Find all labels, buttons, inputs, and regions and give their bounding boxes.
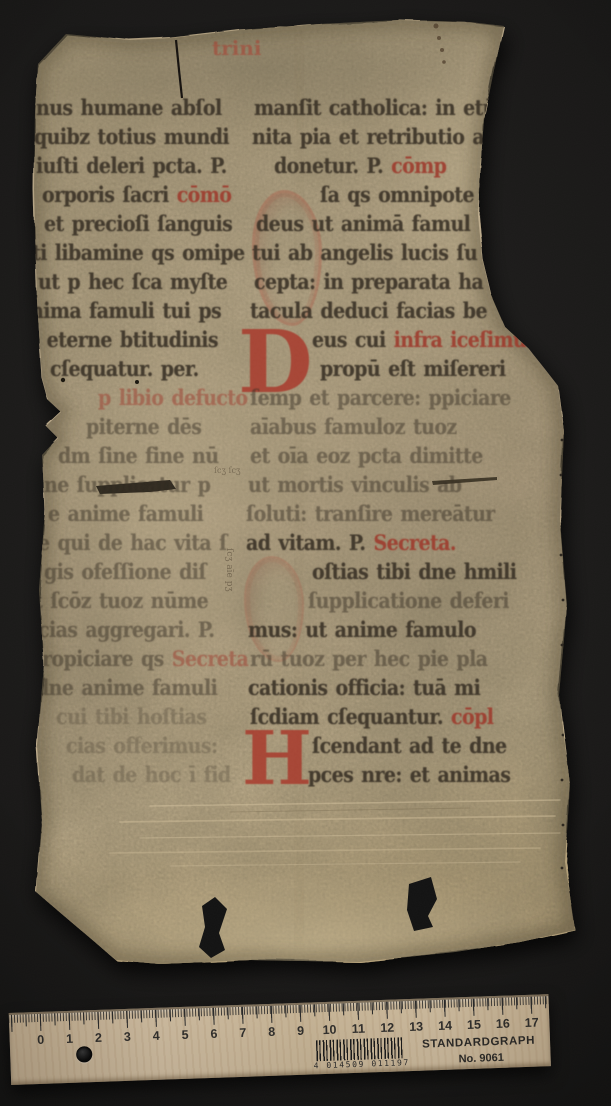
body-text: oſtias tibi dne hmili (312, 560, 516, 585)
body-text: i eterne btitudinis (32, 328, 218, 353)
text-line: et precioſi ſanguis (44, 212, 258, 244)
rubric-text: cōpl (451, 705, 493, 730)
body-text: ſoluti: tranſire mereātur (246, 502, 495, 527)
body-text: ut mortis vinculis ab (248, 473, 462, 498)
ruler-number: 13 (409, 1020, 423, 1034)
text-line: ſemp et parcere: ppiciare (250, 386, 558, 418)
body-text: e qui de hac vita ſ (38, 531, 227, 556)
marginal-note: ſcʒ ſcʒ (214, 466, 240, 475)
ruler-number: 4 (153, 1029, 160, 1043)
ruler-number: 12 (380, 1021, 394, 1035)
text-line: ut mortis vinculis ab (248, 473, 558, 505)
ruler-number: 0 (37, 1033, 44, 1047)
text-line: ne ſupplicatur p (44, 473, 258, 505)
body-text: cias aggregari. P. (38, 618, 214, 643)
text-column-left: nus humane abſolquibz totius mundiiuſti … (36, 96, 258, 792)
text-line: aīabus famuloz tuoz (250, 415, 558, 447)
text-line: ſcendant ad te dne (312, 734, 558, 766)
text-line: dat de hoc ī fid (72, 763, 258, 795)
running-title: trini (212, 36, 262, 60)
ruler-number: 11 (352, 1022, 366, 1036)
rubric-text: Secreta (172, 647, 248, 672)
body-text: et oīa eoz pcta dimitte (250, 444, 483, 469)
body-text: aīabus famuloz tuoz (250, 415, 457, 440)
body-text: ſcdiam cſequantur. (250, 705, 451, 730)
marginal-note: ſcʒ aīe pʒ (224, 548, 234, 592)
text-line: cias aggregari. P. (38, 618, 258, 650)
rubric-text: Secreta. (373, 531, 455, 556)
text-line: ropiciare qs Secreta (42, 647, 258, 679)
text-line: dne anime famuli (36, 676, 258, 708)
ruler-number: 16 (496, 1017, 510, 1031)
text-line: p libio defucto (98, 386, 258, 418)
text-line: ut p hec ſca myſte (38, 270, 258, 302)
body-text: cias offerimus: (66, 734, 217, 759)
text-line: i eterne btitudinis (32, 328, 258, 360)
rubric-text: cōmō (177, 183, 232, 208)
body-text: e anime famuli (48, 502, 203, 527)
body-text: ſcendant ad te dne (312, 734, 507, 759)
rubric-text: cōmp (391, 154, 446, 179)
ruler-number: 8 (268, 1025, 275, 1039)
text-line: cui tibi hoſtias (56, 705, 258, 737)
ruler-number: 17 (525, 1016, 539, 1030)
text-line: ſoluti: tranſire mereātur (246, 502, 558, 534)
text-line: nima famuli tui ps (30, 299, 258, 331)
text-line: cationis officia: tuā mi (248, 676, 558, 708)
ruler-number: 2 (95, 1031, 102, 1045)
body-text: ſa qs omnipote (320, 183, 474, 208)
photo-stage: trini D H nus humane abſolquibz totius m… (0, 0, 611, 1106)
body-text: eus cui (312, 328, 394, 353)
text-line: oſtias tibi dne hmili (312, 560, 558, 592)
body-text: donetur. P. (274, 154, 391, 179)
text-line: e anime famuli (48, 502, 258, 534)
rubric-text: infra iceſimū (394, 328, 527, 353)
ruler-number: 3 (124, 1030, 131, 1044)
body-text: iuſti deleri pcta. P. (36, 154, 227, 179)
body-text: nima famuli tui ps (30, 299, 221, 324)
text-line: et oīa eoz pcta dimitte (250, 444, 558, 476)
ruler-number: 14 (438, 1019, 452, 1033)
text-line: piterne dēs (86, 415, 258, 447)
body-text: cui tibi hoſtias (56, 705, 206, 730)
body-text: ropiciare qs (42, 647, 172, 672)
body-text: cepta: in preparata ha (254, 270, 483, 295)
ruler-number: 10 (322, 1023, 336, 1037)
ruler-number: 7 (239, 1026, 246, 1040)
body-text: manſit catholica: in etū (254, 96, 496, 121)
text-line: orporis ſacri cōmō (42, 183, 258, 215)
ruler-number: 9 (297, 1024, 304, 1038)
ruler-brand: STANDARDGRAPH (422, 1035, 535, 1051)
text-line: t ſcōz tuoz nūme (34, 589, 258, 621)
text-line: ti libamine qs omipe (32, 241, 258, 273)
body-text: ſemp et parcere: ppiciare (250, 386, 511, 411)
body-text: ad vitam. P. (246, 531, 373, 556)
text-line: ad vitam. P. Secreta. (246, 531, 558, 563)
body-text: pces nre: et animas (308, 763, 510, 788)
body-text: cationis officia: tuā mi (248, 676, 480, 701)
body-text: ut p hec ſca myſte (38, 270, 227, 295)
ruler-number: 1 (66, 1032, 73, 1046)
body-text: mus: ut anime famulo (248, 618, 476, 643)
body-text: dne anime famuli (36, 676, 217, 701)
body-text: piterne dēs (86, 415, 201, 440)
body-text: nus humane abſol (36, 96, 222, 121)
body-text: tui ab angelis lucis ſu (252, 241, 477, 266)
ruler-number: 6 (210, 1027, 217, 1041)
body-text: et precioſi ſanguis (44, 212, 232, 237)
text-line: rū tuoz per hec pie pla (250, 647, 558, 679)
text-line: nus humane abſol (36, 96, 258, 128)
rubric-text: p libio defucto (98, 386, 248, 411)
body-text: gis ofeſſione diſ (44, 560, 206, 585)
text-line: cſequatur. per. (50, 357, 258, 389)
text-line: cias offerimus: (66, 734, 258, 766)
body-text: tacula deduci facias be (250, 299, 487, 324)
body-text: orporis ſacri (42, 183, 177, 208)
body-text: quibz totius mundi (34, 125, 229, 150)
body-text: ti libamine qs omipe (32, 241, 244, 266)
body-text: propū eſt miſereri (320, 357, 505, 382)
text-line: mus: ut anime famulo (248, 618, 558, 650)
body-text: deus ut animā famul (256, 212, 470, 237)
ruler-hanging-hole (76, 1046, 93, 1063)
body-text: t ſcōz tuoz nūme (34, 589, 208, 614)
body-text: rū tuoz per hec pie pla (250, 647, 487, 672)
body-text: ne ſupplicatur p (44, 473, 210, 498)
text-line: iuſti deleri pcta. P. (36, 154, 258, 186)
text-line: propū eſt miſereri (320, 357, 558, 389)
text-line: pces nre: et animas (308, 763, 558, 795)
text-line: quibz totius mundi (34, 125, 258, 157)
ruler-number: 15 (467, 1018, 481, 1032)
text-line: ſupplicatione deferi (308, 589, 558, 621)
body-text: ſupplicatione deferi (308, 589, 509, 614)
body-text: dat de hoc ī fid (72, 763, 231, 788)
text-line: ſcdiam cſequantur. cōpl (250, 705, 558, 737)
ruler-model: No. 9061 (458, 1052, 504, 1066)
body-text: cſequatur. per. (50, 357, 199, 382)
body-text: nita pia et retributio a (252, 125, 484, 150)
ruler-number: 5 (181, 1028, 188, 1042)
body-text: dm ſine fine nū (58, 444, 218, 469)
